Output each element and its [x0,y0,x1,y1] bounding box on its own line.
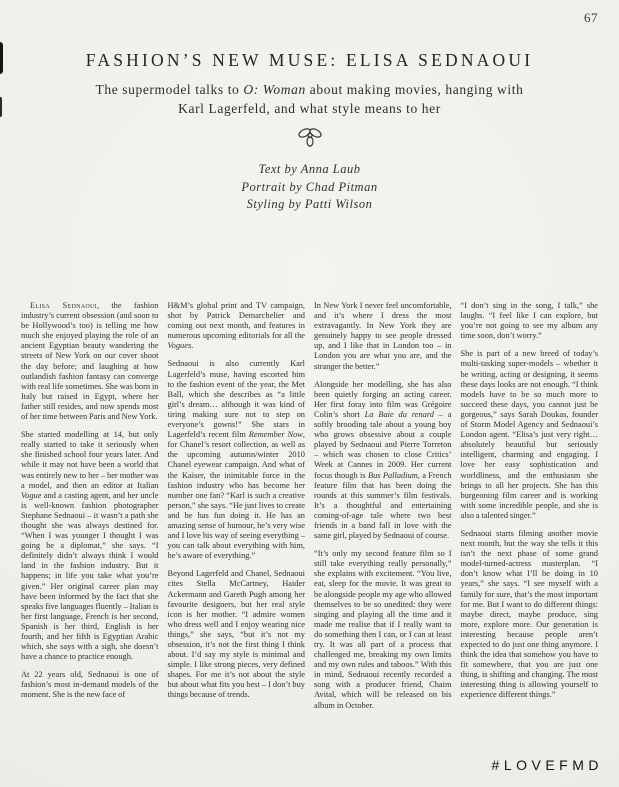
fleuron-ornament-icon [0,126,619,153]
paragraph: Alongside her modelling, she has also be… [314,380,452,542]
italic-text-run: Bus Palladium [368,471,418,480]
text-run: Beyond Lagerfeld and Chanel, Sednaoui ci… [168,569,306,699]
text-run: and a casting agent, and her uncle is we… [21,491,159,662]
paragraph: At 22 years old, Sednaoui is one of fash… [21,670,159,700]
text-run: Sednaoui is also currently Karl Lagerfel… [168,359,306,439]
article-column: H&M’s global print and TV campaign, shot… [168,301,306,787]
italic-text-run: Vogue [21,491,41,500]
article-column: In New York I never feel uncomfortable, … [314,301,452,787]
italic-text-run: O: Woman [243,82,305,97]
byline-text: Text by Anna Laub [0,161,619,179]
article-column: Elisa Sednaoui, the fashion industry’s c… [21,301,159,787]
paragraph: Beyond Lagerfeld and Chanel, Sednaoui ci… [168,569,306,700]
watermark: #LOVEFMD [492,757,603,773]
paragraph: Sednaoui starts filming another movie ne… [461,529,599,701]
text-run: – a softly brooding tale about a young b… [314,410,452,480]
article-title: FASHION’S NEW MUSE: ELISA SEDNAOUI [0,50,619,71]
paragraph: She started modelling at 14, but only re… [21,430,159,662]
text-run: The supermodel talks to [96,82,244,97]
italic-text-run: Remember Now [249,430,303,439]
byline-styling: Styling by Patti Wilson [0,196,619,214]
text-run: Sednaoui starts filming another movie ne… [461,529,599,700]
paragraph: “It’s only my second feature film so I s… [314,549,452,711]
paragraph: Elisa Sednaoui, the fashion industry’s c… [21,301,159,422]
text-run: “It’s only my second feature film so I s… [314,549,452,709]
subtitle-line: The supermodel talks to O: Woman about m… [0,81,619,100]
text-run: about making movies, hanging with [306,82,524,97]
text-run: . [191,341,193,350]
paragraph: She is part of a new breed of today’s mu… [461,349,599,521]
text-run: At 22 years old, Sednaoui is one of fash… [21,670,159,699]
text-run: Karl Lagerfeld, and what style means to … [178,101,441,116]
italic-text-run: La Baie du renard [365,410,434,419]
text-run: H&M’s global print and TV campaign, shot… [168,301,306,340]
italic-text-run: Vogues [168,341,192,350]
text-run: “I don’t sing in the song, I talk,” she … [461,301,599,340]
page-number: 67 [584,10,598,26]
paragraph: In New York I never feel uncomfortable, … [314,301,452,372]
magazine-page: 67 FASHION’S NEW MUSE: ELISA SEDNAOUI Th… [0,0,619,787]
paragraph: “I don’t sing in the song, I talk,” she … [461,301,599,341]
text-run: She started modelling at 14, but only re… [21,430,159,489]
lead-in-small-caps: Elisa Sednaoui [30,301,97,310]
text-run: , a French feature film that has been do… [314,471,452,541]
byline-portrait: Portrait by Chad Pitman [0,179,619,197]
paragraph: H&M’s global print and TV campaign, shot… [168,301,306,351]
text-run: In New York I never feel uncomfortable, … [314,301,452,371]
paragraph: Sednaoui is also currently Karl Lagerfel… [168,359,306,561]
article-columns: Elisa Sednaoui, the fashion industry’s c… [21,301,598,787]
article-column: “I don’t sing in the song, I talk,” she … [461,301,599,787]
article-subtitle: The supermodel talks to O: Woman about m… [0,81,619,118]
text-run: , the fashion industry’s current obsessi… [21,301,159,421]
text-run: She is part of a new breed of today’s mu… [461,349,599,520]
subtitle-line: Karl Lagerfeld, and what style means to … [0,100,619,119]
text-run: , for Chanel’s resort collection, as wel… [168,430,306,560]
byline: Text by Anna Laub Portrait by Chad Pitma… [0,161,619,214]
